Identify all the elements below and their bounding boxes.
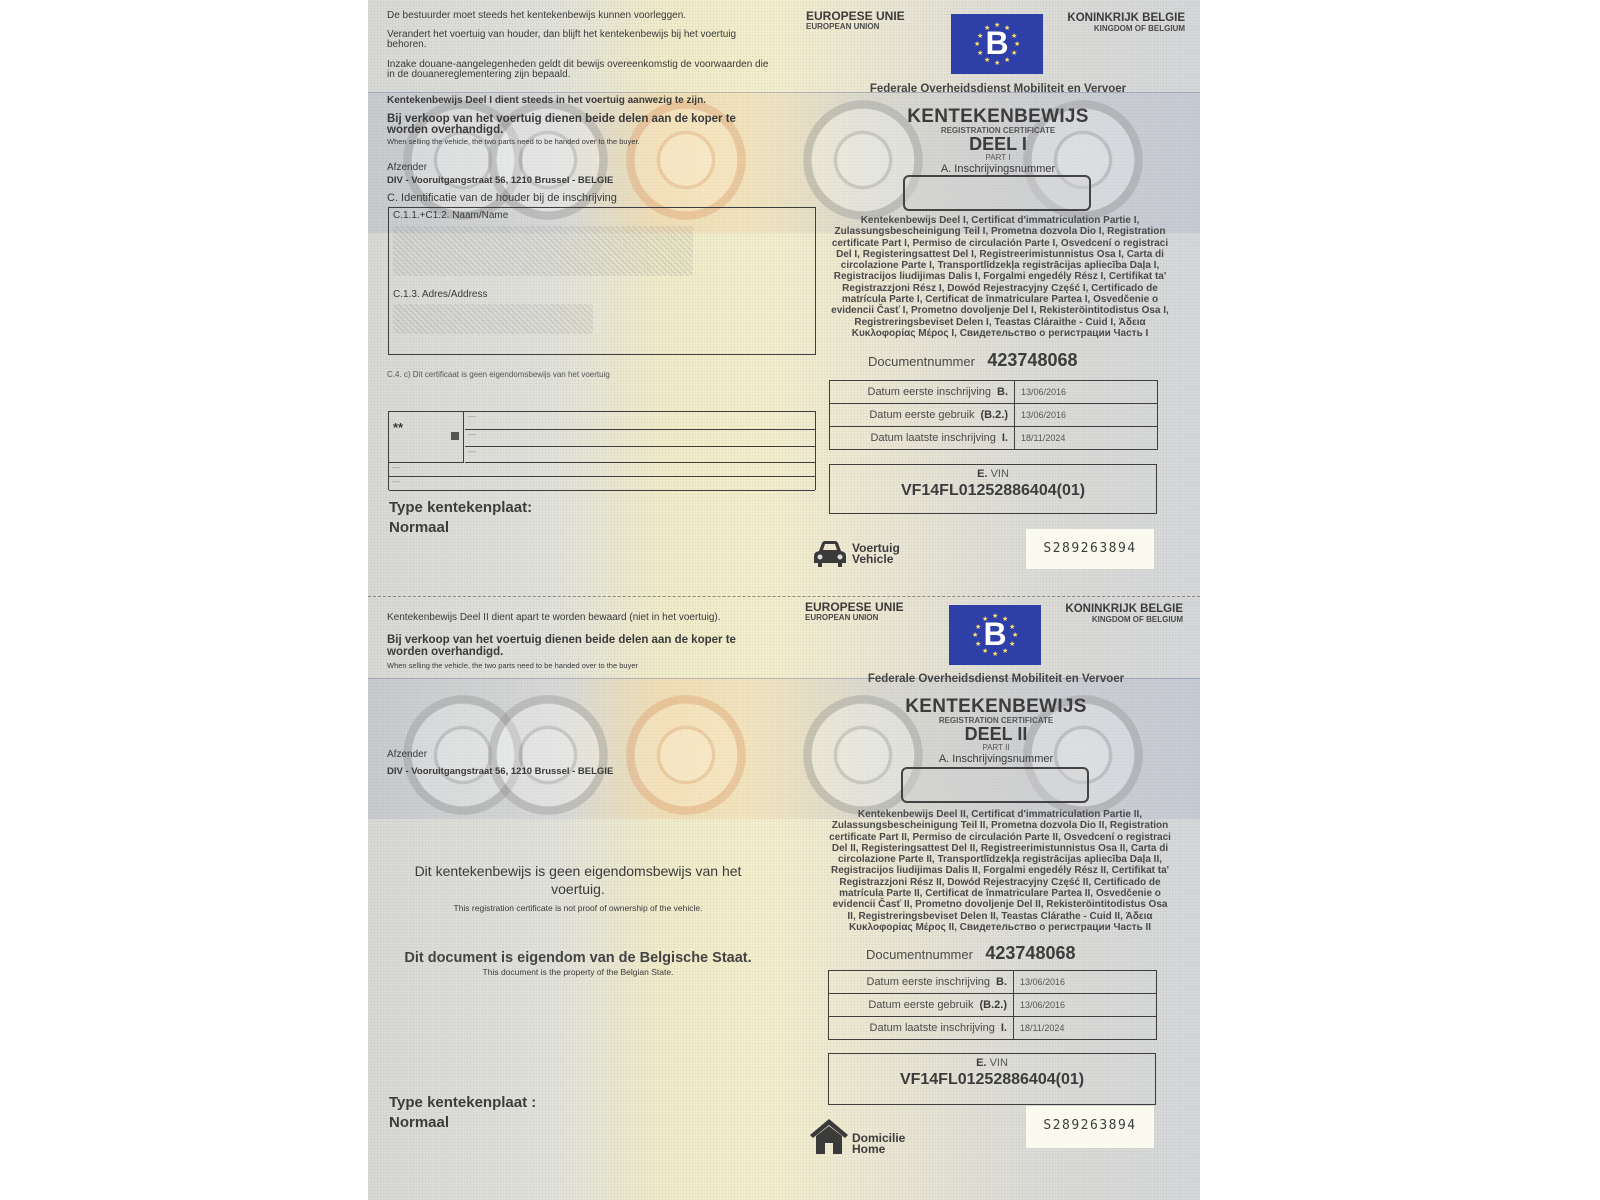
property-note-en: This document is the property of the Bel… — [378, 967, 778, 977]
certificate-heading: KENTEKENBEWIJS REGISTRATION CERTIFICATE … — [828, 107, 1168, 175]
sale-note-en: When selling the vehicle, the two parts … — [387, 137, 640, 146]
table-row: Datum eerste inschrijvingB.13/06/2016 — [830, 381, 1158, 404]
sender-label: Afzender — [387, 749, 427, 760]
redacted-name — [393, 226, 693, 276]
sender-address: DIV - Vooruitgangstraat 56, 1210 Brussel… — [387, 175, 613, 186]
languages-list: Kentekenbewijs Deel II, Certificat d'imm… — [828, 809, 1172, 933]
car-icon — [813, 540, 847, 573]
keep-note: Kentekenbewijs Deel II dient apart te wo… — [387, 612, 721, 623]
eu-flag-logo: ★★★ ★★★ ★★★ ★★★ B — [951, 14, 1043, 74]
sale-note-en: When selling the vehicle, the two parts … — [387, 661, 638, 670]
plate-type-value: Normaal — [389, 1113, 449, 1133]
ownership-note-en: This registration certificate is not pro… — [398, 903, 758, 913]
sender-label: Afzender — [387, 162, 427, 173]
plate-type-value: Normaal — [389, 518, 449, 538]
grid-row: --- — [389, 477, 815, 491]
home-label: Domicilie Home — [852, 1133, 905, 1155]
table-row: Datum laatste inschrijvingI.18/11/2024 — [830, 427, 1158, 450]
country-label: KONINKRIJK BELGIE KINGDOM OF BELGIUM — [1056, 603, 1183, 624]
languages-list: Kentekenbewijs Deel I, Certificat d'imma… — [830, 215, 1170, 339]
redacted-address — [393, 304, 593, 334]
note-2: Verandert het voertuig van houder, dan b… — [387, 30, 757, 50]
table-row: Datum eerste gebruik(B.2.)13/06/2016 — [829, 994, 1157, 1017]
plus-box-icon — [451, 432, 459, 440]
table-row: Datum eerste inschrijvingB.13/06/2016 — [829, 971, 1157, 994]
vin-value: VF14FL01252886404(01) — [830, 482, 1156, 500]
registration-number-box — [901, 767, 1089, 803]
registration-certificate: De bestuurder moet steeds het kentekenbe… — [368, 0, 1200, 1200]
registration-number-box — [903, 175, 1091, 211]
grid-row: --- — [465, 430, 815, 447]
vin-value: VF14FL01252886404(01) — [829, 1071, 1155, 1089]
eu-label: EUROPESE UNIE EUROPEAN UNION — [806, 10, 905, 31]
holder-heading: C. Identificatie van de houder bij de in… — [387, 192, 617, 204]
wheel-watermark — [488, 695, 608, 815]
grid-row: --- — [389, 463, 815, 477]
grid-row: --- — [465, 447, 815, 463]
info-grid: ** --- --- --- --- --- — [388, 411, 816, 490]
grid-row: --- — [465, 412, 815, 430]
home-icon — [808, 1117, 850, 1160]
grid-star-cell: ** — [389, 412, 464, 463]
note-1: De bestuurder moet steeds het kentekenbe… — [387, 10, 686, 21]
dates-table: Datum eerste inschrijvingB.13/06/2016 Da… — [829, 380, 1158, 450]
eu-flag-logo: ★★★ ★★★ ★★★ ★★★ B — [949, 605, 1041, 665]
vin-box: E. VIN VF14FL01252886404(01) — [828, 1053, 1156, 1105]
dates-table: Datum eerste inschrijvingB.13/06/2016 Da… — [828, 970, 1157, 1040]
perforation-line — [368, 596, 1200, 597]
sender-address: DIV - Vooruitgangstraat 56, 1210 Brussel… — [387, 766, 613, 777]
plate-type-label: Type kentekenplaat : — [389, 1093, 536, 1113]
certificate-heading: KENTEKENBEWIJS REGISTRATION CERTIFICATE … — [826, 697, 1166, 765]
part-2: Kentekenbewijs Deel II dient apart te wo… — [368, 605, 1200, 1200]
eu-label: EUROPESE UNIE EUROPEAN UNION — [805, 601, 904, 622]
grid-stars: ** — [393, 420, 403, 435]
country-label: KONINKRIJK BELGIE KINGDOM OF BELGIUM — [1058, 12, 1185, 33]
table-row: Datum eerste gebruik(B.2.)13/06/2016 — [830, 404, 1158, 427]
authority: Federale Overheidsdienst Mobiliteit en V… — [826, 673, 1166, 685]
vin-box: E. VIN VF14FL01252886404(01) — [829, 464, 1157, 514]
wheel-watermark — [626, 695, 746, 815]
document-number: Documentnummer 423748068 — [868, 350, 1078, 371]
table-row: Datum laatste inschrijvingI.18/11/2024 — [829, 1017, 1157, 1040]
sale-note: Bij verkoop van het voertuig dienen beid… — [387, 114, 757, 136]
ownership-note: Dit kentekenbewijs is geen eigendomsbewi… — [398, 862, 758, 898]
note-3: Inzake douane-aangelegenheden geldt dit … — [387, 60, 777, 80]
c4-note: C.4. c) Dit certificaat is geen eigendom… — [387, 370, 610, 379]
sale-note: Bij verkoop van het voertuig dienen beid… — [387, 634, 757, 658]
holder-box: C.1.1.+C1.2. Naam/Name C.1.3. Adres/Addr… — [388, 207, 816, 355]
property-note: Dit document is eigendom van de Belgisch… — [378, 950, 778, 966]
serial-number: S289263894 — [1026, 1106, 1154, 1148]
holder-address-label: C.1.3. Adres/Address — [393, 289, 488, 300]
holder-name-label: C.1.1.+C1.2. Naam/Name — [393, 210, 508, 221]
part-1: De bestuurder moet steeds het kentekenbe… — [368, 0, 1200, 595]
document-number: Documentnummer 423748068 — [866, 943, 1076, 964]
keep-note: Kentekenbewijs Deel I dient steeds in he… — [387, 95, 706, 106]
vehicle-label: Voertuig Vehicle — [852, 543, 900, 565]
serial-number: S289263894 — [1026, 529, 1154, 569]
plate-type-label: Type kentekenplaat: — [389, 498, 532, 518]
authority: Federale Overheidsdienst Mobiliteit en V… — [828, 83, 1168, 95]
